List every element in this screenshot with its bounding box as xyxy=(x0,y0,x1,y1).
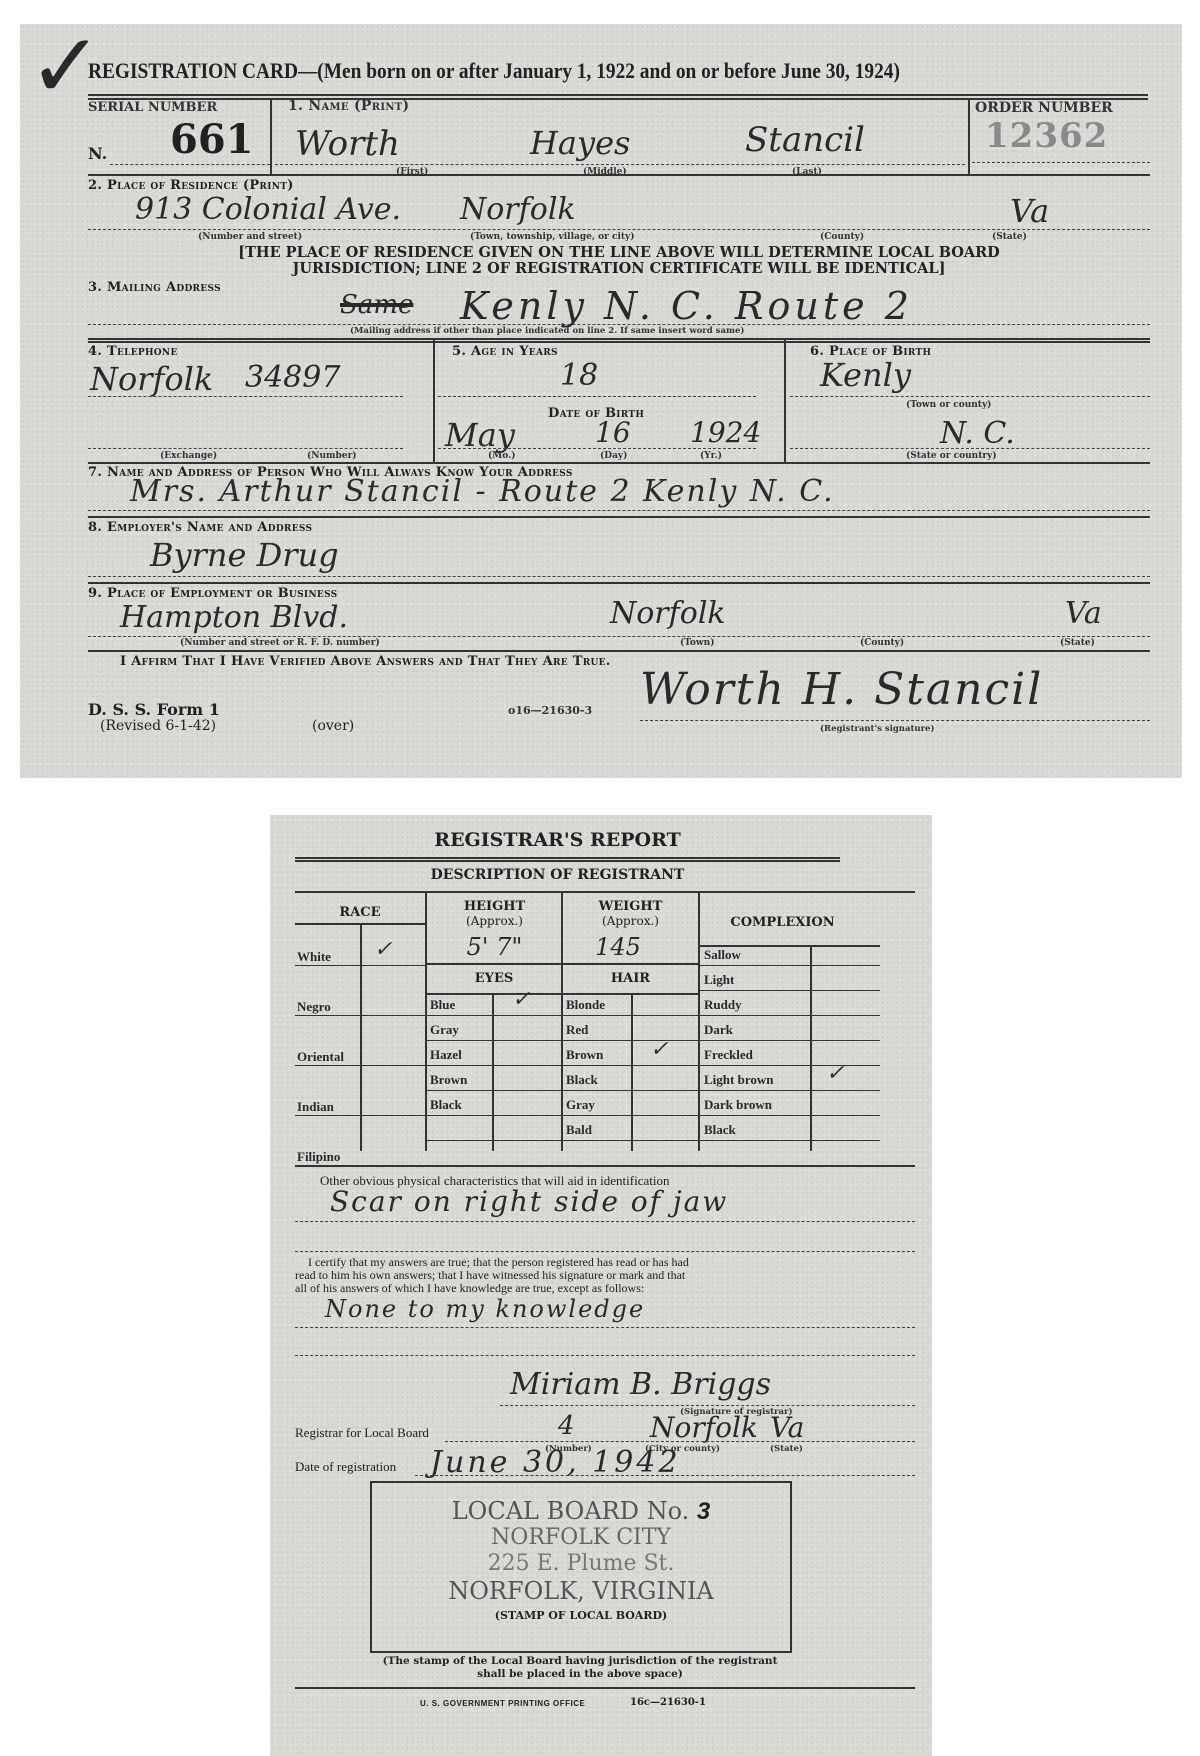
employment-state-caption: (State) xyxy=(1060,638,1095,648)
employment-county-caption: (County) xyxy=(860,638,904,648)
form-name: D. S. S. Form 1 xyxy=(88,700,220,719)
dob-day: 16 xyxy=(595,416,631,449)
name-label: 1. Name (Print) xyxy=(288,98,409,114)
stamp-line-3: 225 E. Plume St. xyxy=(372,1551,790,1576)
employment-state: Va xyxy=(1065,596,1102,631)
board-city: Norfolk xyxy=(650,1411,758,1444)
exchange-caption: (Exchange) xyxy=(160,451,217,461)
complexion-dark: Dark xyxy=(704,1022,733,1038)
registrars-report: REGISTRAR'S REPORT DESCRIPTION OF REGIST… xyxy=(270,815,932,1756)
telephone-number: 34897 xyxy=(245,360,340,395)
employment-label: 9. Place of Employment or Business xyxy=(88,586,337,601)
date-label: Date of registration xyxy=(295,1459,396,1475)
birthplace-town-caption: (Town or county) xyxy=(906,400,991,410)
board-state: Va xyxy=(770,1411,804,1444)
employment-town: Norfolk xyxy=(610,596,726,631)
employer-label: 8. Employer's Name and Address xyxy=(88,520,312,535)
stamp-board-number: 3 xyxy=(697,1498,710,1525)
printer-name: U. S. GOVERNMENT PRINTING OFFICE xyxy=(420,1699,585,1708)
registrant-signature: Worth H. Stancil xyxy=(640,664,1043,715)
employment-street-caption: (Number and street or R. F. D. number) xyxy=(180,638,380,648)
residence-label: 2. Place of Residence (Print) xyxy=(88,178,294,193)
race-white-check: ✓ xyxy=(374,937,392,962)
age-value: 18 xyxy=(560,358,598,393)
eyes-black: Black xyxy=(430,1097,462,1113)
county-caption: (County) xyxy=(820,232,864,242)
serial-prefix: N. xyxy=(88,144,107,163)
state-caption: (State) xyxy=(992,232,1027,242)
affirm-statement: I Affirm That I Have Verified Above Answ… xyxy=(120,654,611,669)
serial-number: 661 xyxy=(170,116,254,163)
employment-town-caption: (Town) xyxy=(680,638,714,648)
stamp-caption: (STAMP OF LOCAL BOARD) xyxy=(372,1609,790,1622)
weight-value: 145 xyxy=(563,933,673,961)
header-eyes: EYES xyxy=(427,971,561,986)
last-caption: (Last) xyxy=(792,167,822,177)
notice-line-1: [THE PLACE OF RESIDENCE GIVEN ON THE LIN… xyxy=(88,244,1150,261)
telephone-exchange: Norfolk xyxy=(90,360,213,398)
order-number: 12362 xyxy=(985,116,1108,156)
board-state-caption: (State) xyxy=(770,1444,803,1454)
name-last: Stancil xyxy=(745,120,865,160)
street-caption: (Number and street) xyxy=(198,232,302,242)
residence-state: Va xyxy=(1010,192,1049,230)
report-subtitle: DESCRIPTION OF REGISTRANT xyxy=(270,867,845,883)
mailing-caption: (Mailing address if other than place ind… xyxy=(350,326,744,336)
serial-label: SERIAL NUMBER xyxy=(88,100,217,115)
town-caption: (Town, township, village, or city) xyxy=(470,232,635,242)
notice-line-2: JURISDICTION; LINE 2 OF REGISTRATION CER… xyxy=(88,260,1150,277)
residence-town: Norfolk xyxy=(460,192,576,227)
dob-year: 1924 xyxy=(690,416,761,449)
complexion-light-brown: Light brown xyxy=(704,1072,773,1088)
header-weight: WEIGHT xyxy=(563,899,698,914)
race-white: White xyxy=(297,949,331,965)
stamp-line-1: LOCAL BOARD No. 3 xyxy=(372,1497,790,1526)
header-hair: HAIR xyxy=(563,971,698,986)
eyes-blue: Blue xyxy=(430,997,455,1013)
middle-caption: (Middle) xyxy=(583,167,627,177)
stamp-note-line-1: (The stamp of the Local Board having jur… xyxy=(310,1655,850,1667)
header-race: RACE xyxy=(295,905,425,920)
employer-value: Byrne Drug xyxy=(150,536,339,574)
birthplace-state-caption: (State or country) xyxy=(906,451,997,461)
mailing-struck-text: Same xyxy=(340,290,413,320)
age-label: 5. Age in Years xyxy=(452,344,558,359)
board-number: 4 xyxy=(558,1411,575,1441)
telephone-label: 4. Telephone xyxy=(88,344,178,359)
race-indian: Indian xyxy=(297,1099,334,1115)
print-code: o16—21630-3 xyxy=(508,704,592,717)
number-caption: (Number) xyxy=(307,451,357,461)
other-characteristics-value: Scar on right side of jaw xyxy=(330,1185,728,1218)
hair-bald: Bald xyxy=(566,1122,592,1138)
birthplace-town: Kenly xyxy=(820,356,911,394)
mailing-label: 3. Mailing Address xyxy=(88,280,221,295)
mailing-address: Kenly N. C. Route 2 xyxy=(460,284,913,328)
stamp-note-line-2: shall be placed in the above space) xyxy=(310,1668,850,1680)
complexion-sallow: Sallow xyxy=(704,947,741,963)
complexion-freckled: Freckled xyxy=(704,1047,753,1063)
certify-line-3: all of his answers of which I have knowl… xyxy=(295,1281,644,1296)
hair-red: Red xyxy=(566,1022,588,1038)
card-title: REGISTRATION CARD—(Men born on or after … xyxy=(88,58,900,84)
stamp-line-2: NORFOLK CITY xyxy=(372,1525,790,1550)
employment-street: Hampton Blvd. xyxy=(120,600,348,635)
contact-value: Mrs. Arthur Stancil - Route 2 Kenly N. C… xyxy=(130,474,835,509)
header-complexion: COMPLEXION xyxy=(700,915,865,930)
eyes-brown: Brown xyxy=(430,1072,467,1088)
stamp-line-1-text: LOCAL BOARD No. xyxy=(452,1497,690,1525)
header-height: HEIGHT xyxy=(427,899,562,914)
hair-gray: Gray xyxy=(566,1097,595,1113)
name-first: Worth xyxy=(295,124,400,164)
printer-code: 16c—21630-1 xyxy=(630,1697,706,1708)
height-value: 5' 7" xyxy=(427,933,562,961)
report-title: REGISTRAR'S REPORT xyxy=(270,829,845,851)
hair-black: Black xyxy=(566,1072,598,1088)
complexion-black: Black xyxy=(704,1122,736,1138)
eyes-hazel: Hazel xyxy=(430,1047,462,1063)
form-revised: (Revised 6-1-42) xyxy=(100,718,216,734)
eyes-blue-check: ✓ xyxy=(512,987,530,1012)
name-middle: Hayes xyxy=(530,124,630,162)
year-caption: (Yr.) xyxy=(700,451,722,461)
residence-street: 913 Colonial Ave. xyxy=(135,192,401,227)
board-label: Registrar for Local Board xyxy=(295,1425,429,1441)
local-board-stamp-box: LOCAL BOARD No. 3 NORFOLK CITY 225 E. Pl… xyxy=(370,1481,792,1653)
hair-blonde: Blonde xyxy=(566,997,605,1013)
birthplace-state: N. C. xyxy=(940,416,1015,451)
hair-brown: Brown xyxy=(566,1047,603,1063)
race-filipino: Filipino xyxy=(297,1149,340,1165)
registrar-signature: Miriam B. Briggs xyxy=(510,1367,771,1402)
day-caption: (Day) xyxy=(600,451,627,461)
race-negro: Negro xyxy=(297,999,331,1015)
complexion-light: Light xyxy=(704,972,734,988)
stamp-line-4: NORFOLK, VIRGINIA xyxy=(372,1577,790,1605)
first-caption: (First) xyxy=(396,167,428,177)
signature-caption: (Registrant's signature) xyxy=(820,724,934,734)
registration-card-front: ✓ REGISTRATION CARD—(Men born on or afte… xyxy=(20,24,1182,778)
order-label: ORDER NUMBER xyxy=(975,100,1113,116)
eyes-gray: Gray xyxy=(430,1022,459,1038)
complexion-dark-brown: Dark brown xyxy=(704,1097,772,1113)
month-caption: (Mo.) xyxy=(488,451,515,461)
complexion-ruddy: Ruddy xyxy=(704,997,742,1013)
race-oriental: Oriental xyxy=(297,1049,344,1065)
header-weight-sub: (Approx.) xyxy=(563,914,698,928)
over-note: (over) xyxy=(312,718,354,734)
header-height-sub: (Approx.) xyxy=(427,914,562,928)
exceptions-value: None to my knowledge xyxy=(325,1295,645,1323)
